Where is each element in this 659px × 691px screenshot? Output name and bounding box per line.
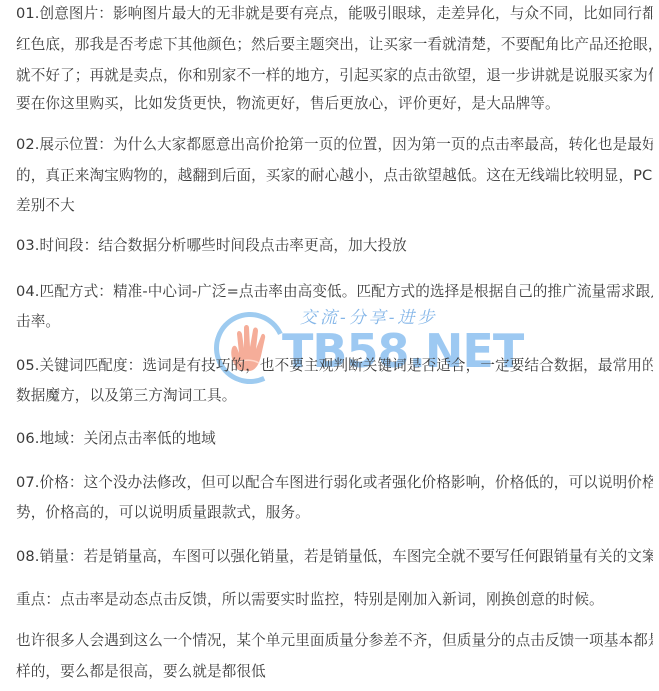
closing-line-1: 也许很多人会遇到这么一个情况，某个单元里面质量分参差不齐，但质量分的点击反馈一项… <box>16 631 653 651</box>
key-point-line-1: 重点：点击率是动态点击反馈，所以需要实时监控，特别是刚加入新词，刚换创意的时候。 <box>16 590 653 610</box>
p01-line-3: 就不好了；再就是卖点，你和别家不一样的地方，引起买家的点击欲望，退一步讲就是说服… <box>16 66 653 86</box>
p05-line-2: 数据魔方，以及第三方淘词工具。 <box>16 386 653 406</box>
p06-line-1: 06.地域：关闭点击率低的地域 <box>16 429 653 449</box>
p07-line-1: 07.价格：这个没办法修改，但可以配合车图进行弱化或者强化价格影响，价格低的，可… <box>16 473 653 493</box>
article-body: 01.创意图片：影响图片最大的无非就是要有亮点，能吸引眼球，走差异化，与众不同，… <box>0 0 659 691</box>
p01-line-4: 要在你这里购买，比如发货更快，物流更好，售后更放心，评价更好，是大品牌等。 <box>16 94 653 114</box>
p04-line-1: 04.匹配方式：精准-中心词-广泛=点击率由高变低。匹配方式的选择是根据自己的推… <box>16 282 653 302</box>
p03-line-1: 03.时间段：结合数据分析哪些时间段点击率更高，加大投放 <box>16 236 653 256</box>
p07-line-2: 势，价格高的，可以说明质量跟款式，服务。 <box>16 503 653 523</box>
p01-line-1: 01.创意图片：影响图片最大的无非就是要有亮点，能吸引眼球，走差异化，与众不同，… <box>16 4 653 24</box>
p05-line-1: 05.关键词匹配度：选词是有技巧的，也不要主观判断关键词是否适合，一定要结合数据… <box>16 356 653 376</box>
p02-line-1: 02.展示位置：为什么大家都愿意出高价抢第一页的位置，因为第一页的点击率最高，转… <box>16 135 653 155</box>
p01-line-2: 红色底，那我是否考虑下其他颜色；然后要主题突出，让买家一看就清楚，不要配角比产品… <box>16 35 653 55</box>
p08-line-1: 08.销量：若是销量高，车图可以强化销量，若是销量低，车图完全就不要写任何跟销量… <box>16 547 653 567</box>
closing-line-2: 样的，要么都是很高，要么就是都很低 <box>16 662 653 682</box>
p02-line-2: 的，真正来淘宝购物的，越翻到后面，买家的耐心越小，点击欲望越低。这在无线端比较明… <box>16 166 653 186</box>
p02-line-3: 差别不大 <box>16 196 653 216</box>
p04-line-2: 击率。 <box>16 312 653 332</box>
